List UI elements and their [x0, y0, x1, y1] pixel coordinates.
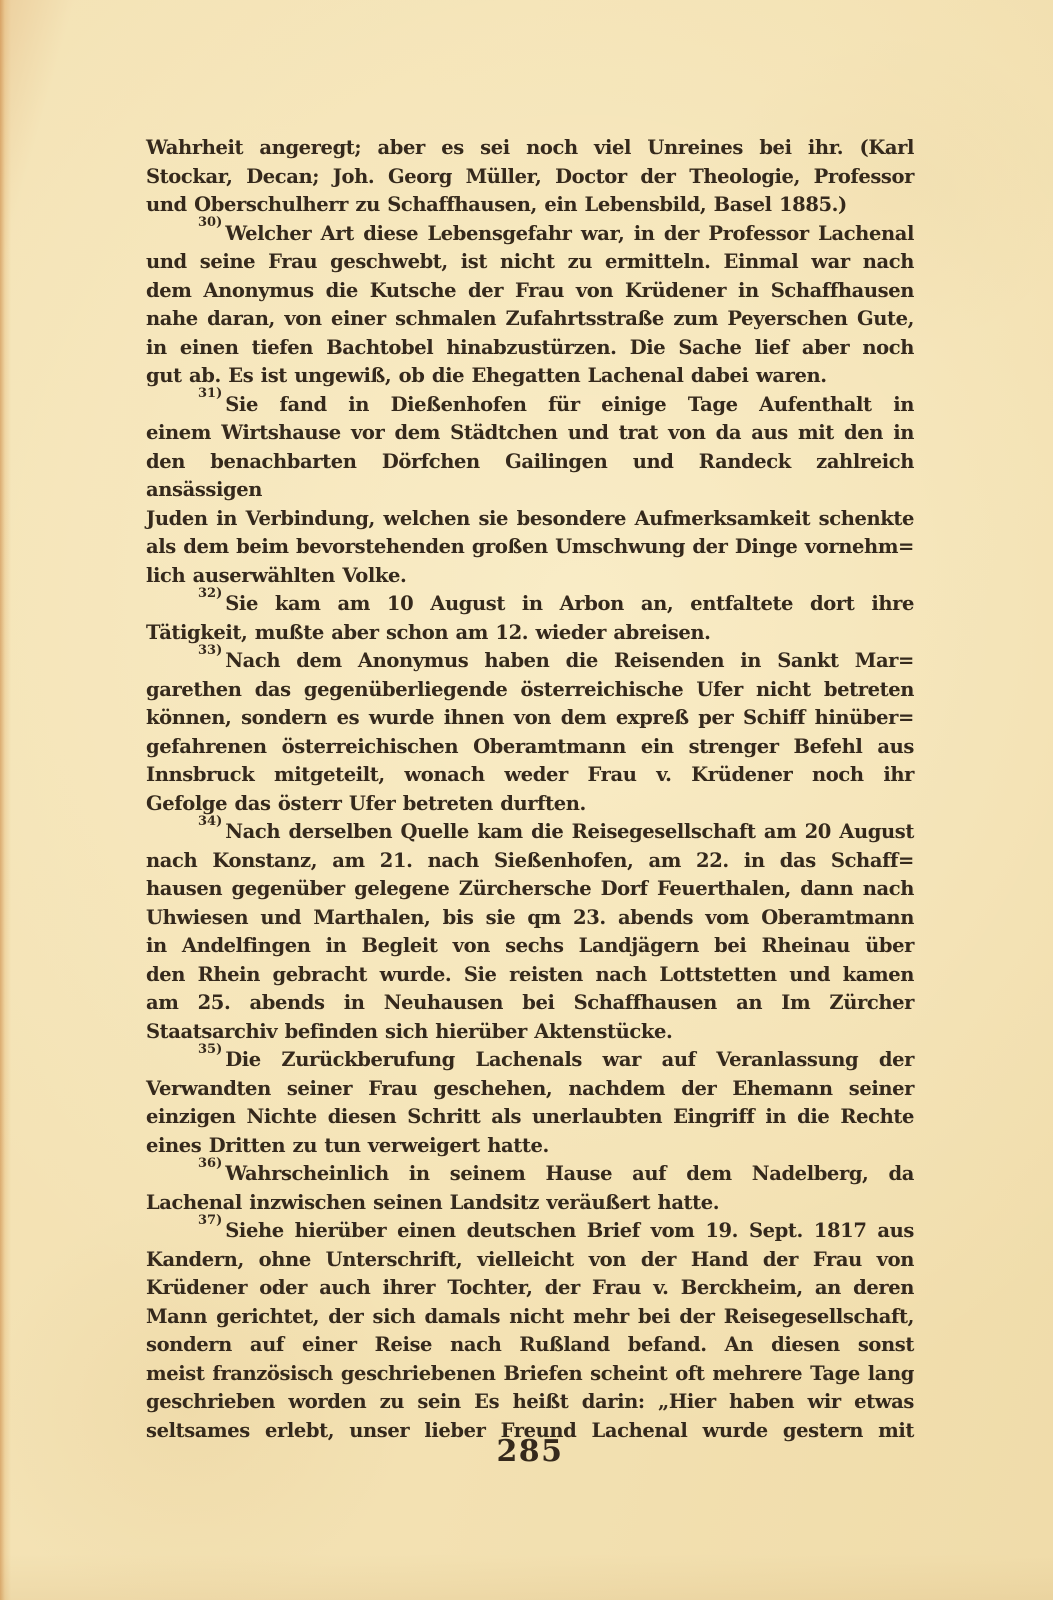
- footnote-37: 37)Siehe hierüber einen deutschen Brief …: [146, 1217, 914, 1445]
- footnote-marker: 35): [198, 1042, 222, 1057]
- text-line: Tätigkeit, mußte aber schon am 12. wiede…: [146, 619, 914, 648]
- text-line: als dem beim bevorstehenden großen Umsch…: [146, 533, 914, 562]
- footnote-marker: 31): [198, 386, 222, 401]
- text-line: 34)Nach derselben Quelle kam die Reisege…: [146, 818, 914, 847]
- text-line: einem Wirtshause vor dem Städtchen und t…: [146, 419, 914, 448]
- scanned-book-page: { "document": { "page_number": "285", "p…: [0, 0, 1053, 1600]
- text-line: 36)Wahrscheinlich in seinem Hause auf de…: [146, 1160, 914, 1189]
- footnote-33: 33)Nach dem Anonymus haben die Reisenden…: [146, 647, 914, 818]
- text-line: eines Dritten zu tun verweigert hatte.: [146, 1132, 914, 1161]
- text-line: in Andelfingen in Begleit von sechs Land…: [146, 932, 914, 961]
- text-line: 30)Welcher Art diese Lebensgefahr war, i…: [146, 220, 914, 249]
- text-line: sondern auf einer Reise nach Rußland bef…: [146, 1331, 914, 1360]
- text-line: in einen tiefen Bachtobel hinabzustürzen…: [146, 334, 914, 363]
- text-block: Wahrheit angeregt; aber es sei noch viel…: [146, 134, 914, 1445]
- text-line: Stockar, Decan; Joh. Georg Müller, Docto…: [146, 163, 914, 192]
- text-line: den Rhein gebracht wurde. Sie reisten na…: [146, 961, 914, 990]
- text-line: 35)Die Zurückberufung Lachenals war auf …: [146, 1046, 914, 1075]
- text-line: hausen gegenüber gelegene Zürchersche Do…: [146, 875, 914, 904]
- continuation-paragraph: Wahrheit angeregt; aber es sei noch viel…: [146, 134, 914, 220]
- text-line: Wahrheit angeregt; aber es sei noch viel…: [146, 134, 914, 163]
- text-line: gefahrenen österreichischen Oberamtmann …: [146, 733, 914, 762]
- text-line: meist französisch geschriebenen Briefen …: [146, 1360, 914, 1389]
- footnote-marker: 37): [198, 1213, 222, 1228]
- text-line: Gefolge das österr Ufer betreten durften…: [146, 790, 914, 819]
- text-line: Mann gerichtet, der sich damals nicht me…: [146, 1303, 914, 1332]
- footnote-marker: 30): [198, 215, 222, 230]
- page-number: 285: [146, 1434, 914, 1469]
- footnote-marker: 32): [198, 586, 222, 601]
- text-line: und Oberschulherr zu Schaffhausen, ein L…: [146, 191, 914, 220]
- page-bottom-shade: [0, 1554, 1053, 1600]
- text-line: nach Konstanz, am 21. nach Sießenhofen, …: [146, 847, 914, 876]
- text-line: dem Anonymus die Kutsche der Frau von Kr…: [146, 277, 914, 306]
- footnote-36: 36)Wahrscheinlich in seinem Hause auf de…: [146, 1160, 914, 1217]
- text-line: Kandern, ohne Unterschrift, vielleicht v…: [146, 1246, 914, 1275]
- footnote-34: 34)Nach derselben Quelle kam die Reisege…: [146, 818, 914, 1046]
- text-line: 37)Siehe hierüber einen deutschen Brief …: [146, 1217, 914, 1246]
- text-line: nahe daran, von einer schmalen Zufahrtss…: [146, 305, 914, 334]
- text-line: gut ab. Es ist ungewiß, ob die Ehegatten…: [146, 362, 914, 391]
- text-line: 32)Sie kam am 10 August in Arbon an, ent…: [146, 590, 914, 619]
- text-line: geschrieben worden zu sein Es heißt dari…: [146, 1388, 914, 1417]
- footnote-35: 35)Die Zurückberufung Lachenals war auf …: [146, 1046, 914, 1160]
- footnote-31: 31)Sie fand in Dießenhofen für einige Ta…: [146, 391, 914, 591]
- text-line: Juden in Verbindung, welchen sie besonde…: [146, 505, 914, 534]
- text-line: Lachenal inzwischen seinen Landsitz verä…: [146, 1189, 914, 1218]
- text-line: Krüdener oder auch ihrer Tochter, der Fr…: [146, 1274, 914, 1303]
- text-line: Uhwiesen und Marthalen, bis sie qm 23. a…: [146, 904, 914, 933]
- text-line: 33)Nach dem Anonymus haben die Reisenden…: [146, 647, 914, 676]
- footnote-30: 30)Welcher Art diese Lebensgefahr war, i…: [146, 220, 914, 391]
- text-line: lich auserwählten Volke.: [146, 562, 914, 591]
- text-line: garethen das gegenüberliegende österreic…: [146, 676, 914, 705]
- text-line: 31)Sie fand in Dießenhofen für einige Ta…: [146, 391, 914, 420]
- text-line: Verwandten seiner Frau geschehen, nachde…: [146, 1075, 914, 1104]
- text-line: einzigen Nichte diesen Schritt als unerl…: [146, 1103, 914, 1132]
- text-line: und seine Frau geschwebt, ist nicht zu e…: [146, 248, 914, 277]
- text-line: Staatsarchiv befinden sich hierüber Akte…: [146, 1018, 914, 1047]
- text-line: Innsbruck mitgeteilt, wonach weder Frau …: [146, 761, 914, 790]
- footnote-marker: 36): [198, 1156, 222, 1171]
- footnote-32: 32)Sie kam am 10 August in Arbon an, ent…: [146, 590, 914, 647]
- footnote-marker: 34): [198, 814, 222, 829]
- text-line: können, sondern es wurde ihnen von dem e…: [146, 704, 914, 733]
- text-line: am 25. abends in Neuhausen bei Schaffhau…: [146, 989, 914, 1018]
- footnote-marker: 33): [198, 643, 222, 658]
- text-line: den benachbarten Dörfchen Gailingen und …: [146, 448, 914, 505]
- page-edge-shadow: [0, 0, 11, 1600]
